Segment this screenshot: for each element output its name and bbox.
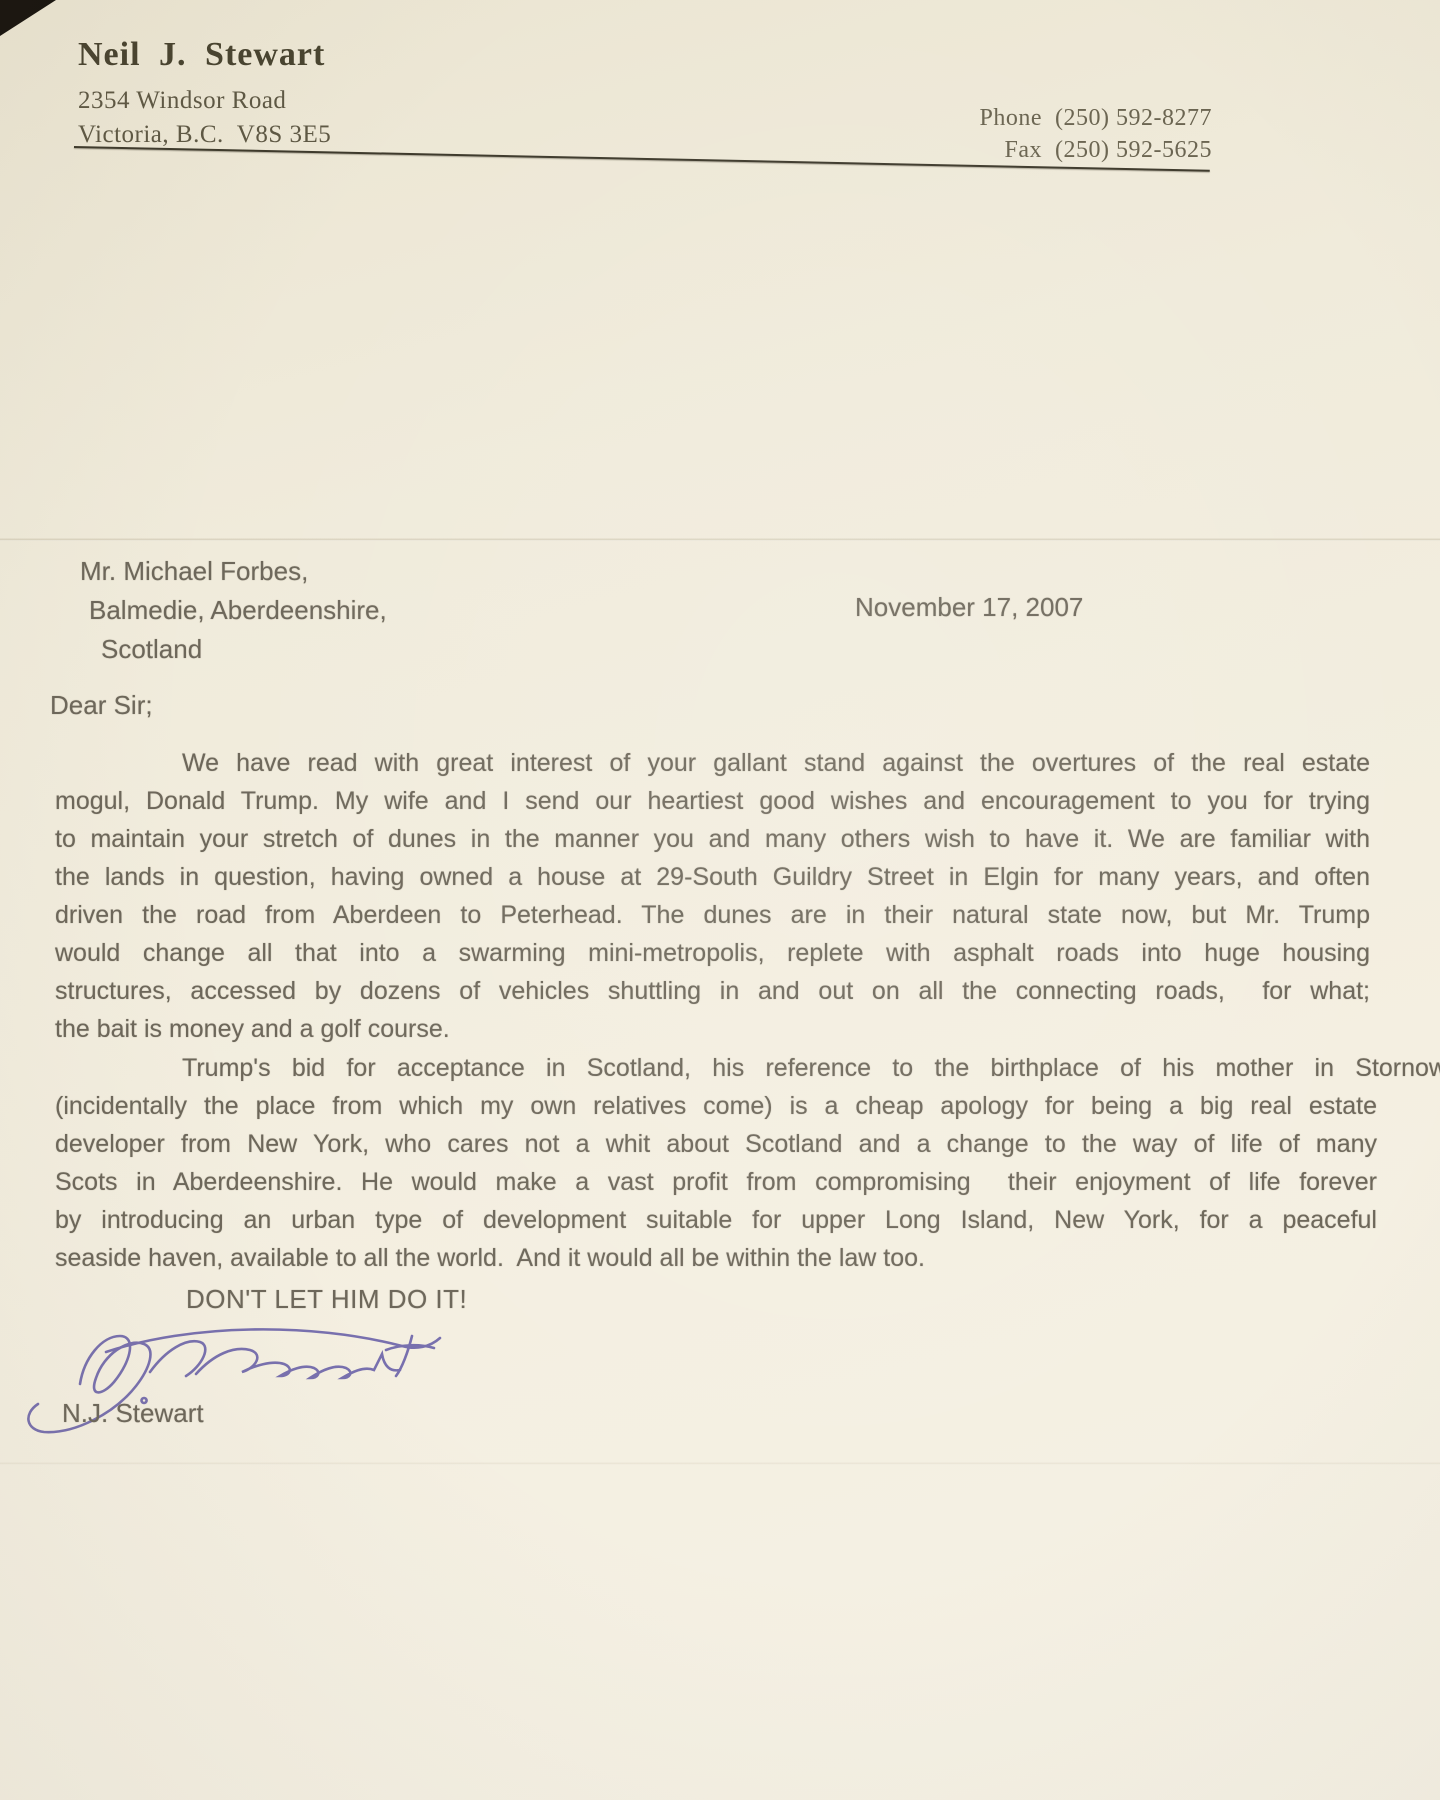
typed-signature-name: N.J. Stewart [62, 1398, 204, 1429]
recipient-line: Scotland [101, 630, 387, 669]
body-line: (incidentally the place from which my ow… [55, 1087, 1377, 1125]
letterhead-address: 2354 Windsor Road Victoria, B.C. V8S 3E5 [78, 84, 331, 152]
body-line: the bait is money and a golf course. [55, 1010, 1370, 1048]
recipient-block: Mr. Michael Forbes, Balmedie, Aberdeensh… [80, 552, 387, 669]
letterhead-phone: Phone (250) 592-8277 [980, 102, 1212, 134]
scan-corner-shadow [0, 0, 56, 36]
paper-fold-crease [0, 538, 1440, 541]
body-line: driven the road from Aberdeen to Peterhe… [55, 896, 1370, 934]
scanned-letter-page: Neil J. Stewart 2354 Windsor Road Victor… [0, 0, 1440, 1800]
recipient-line: Balmedie, Aberdeenshire, [89, 591, 387, 630]
letterhead-fax: Fax (250) 592-5625 [980, 134, 1212, 166]
recipient-line: Mr. Michael Forbes, [80, 552, 387, 591]
body-line: seaside haven, available to all the worl… [55, 1239, 1440, 1277]
letterhead-contact: Phone (250) 592-8277 Fax (250) 592-5625 [980, 102, 1212, 166]
body-line: developer from New York, who cares not a… [55, 1125, 1377, 1163]
body-line: the lands in question, having owned a ho… [55, 858, 1370, 896]
body-line: would change all that into a swarming mi… [55, 934, 1370, 972]
body-line: by introducing an urban type of developm… [55, 1201, 1377, 1239]
letter-date: November 17, 2007 [855, 592, 1083, 623]
body-line: mogul, Donald Trump. My wife and I send … [55, 782, 1370, 820]
body-line: Scots in Aberdeenshire. He would make a … [55, 1163, 1377, 1201]
body-line: Trump's bid for acceptance in Scotland, … [55, 1049, 1440, 1087]
body-line: We have read with great interest of your… [55, 744, 1370, 782]
paper-fold-crease [0, 1462, 1440, 1465]
body-line: structures, accessed by dozens of vehicl… [55, 972, 1370, 1010]
body-paragraph-2: Trump's bid for acceptance in Scotland, … [55, 1049, 1440, 1277]
letterhead-name: Neil J. Stewart [78, 36, 325, 74]
body-line: to maintain your stretch of dunes in the… [55, 820, 1370, 858]
letterhead-address-line1: 2354 Windsor Road [78, 84, 331, 118]
salutation: Dear Sir; [50, 690, 153, 721]
body-paragraph-1: We have read with great interest of your… [55, 744, 1370, 1048]
